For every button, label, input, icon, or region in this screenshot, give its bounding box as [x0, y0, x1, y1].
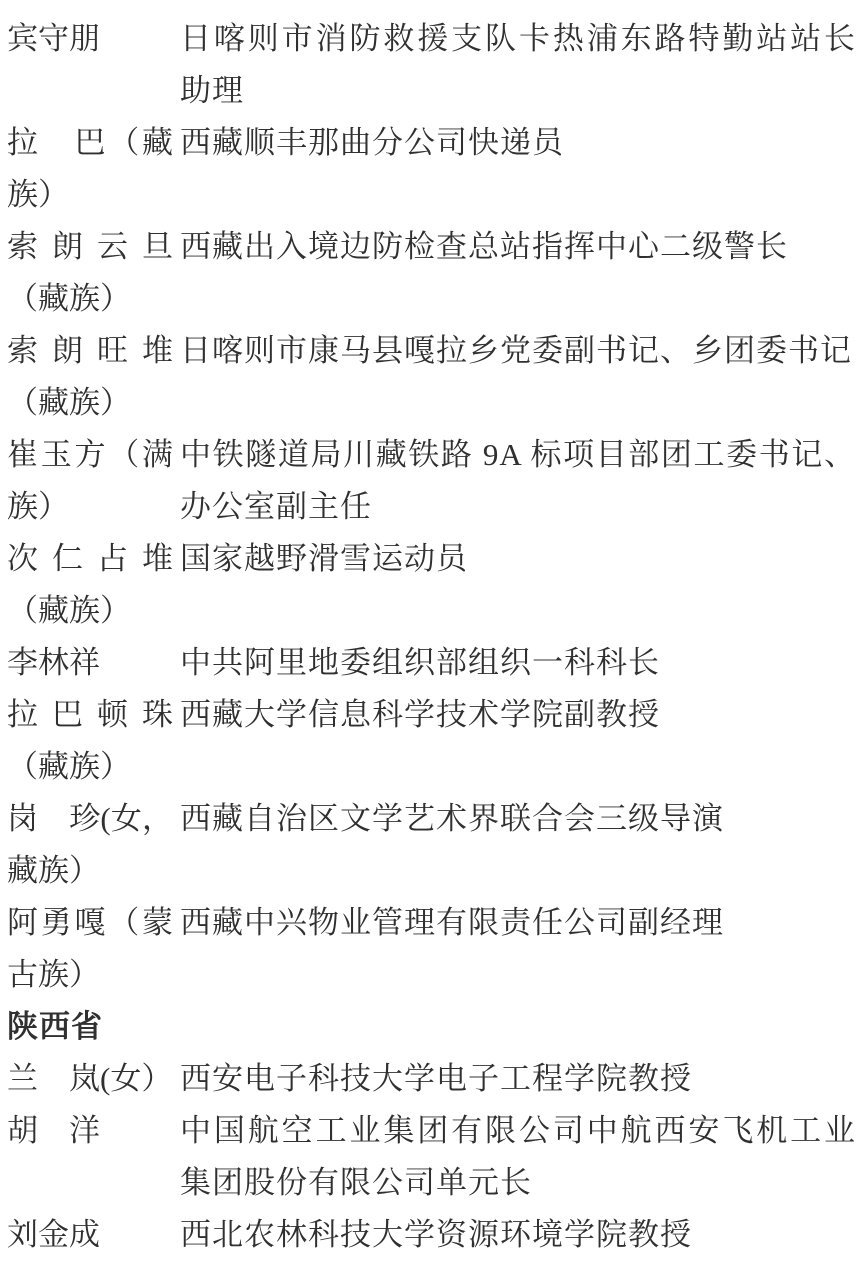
person-name: 索朗旺堆（藏族） — [7, 325, 173, 429]
person-affiliation: 西藏出入境边防检查总站指挥中心二级警长 — [180, 221, 856, 273]
person-name-line: 次仁占堆 — [7, 533, 173, 585]
person-affiliation: 西藏大学信息科学技术学院副教授 — [180, 689, 856, 741]
person-affiliation-line: 西安电子科技大学电子工程学院教授 — [180, 1053, 856, 1105]
person-affiliation-line: 国家越野滑雪运动员 — [180, 533, 856, 585]
person-name-line: 胡 洋 — [7, 1105, 173, 1157]
province-header: 陕西省 — [7, 1001, 856, 1053]
person-name-line: 族） — [7, 481, 173, 533]
list-entry: 索朗云旦（藏族） 西藏出入境边防检查总站指挥中心二级警长 — [7, 221, 856, 325]
person-affiliation-line: 日喀则市消防救援支队卡热浦东路特勤站站长 — [180, 13, 856, 65]
person-affiliation: 西藏自治区文学艺术界联合会三级导演 — [180, 793, 856, 845]
person-affiliation-line: 集团股份有限公司单元长 — [180, 1157, 856, 1209]
list-entry: 索朗旺堆（藏族） 日喀则市康马县嘎拉乡党委副书记、乡团委书记 — [7, 325, 856, 429]
person-name: 阿勇嘎（蒙古族） — [7, 897, 173, 1001]
person-name: 拉 巴（藏族） — [7, 117, 173, 221]
person-affiliation: 日喀则市消防救援支队卡热浦东路特勤站站长助理 — [180, 13, 856, 117]
person-name: 李林祥 — [7, 637, 173, 689]
person-affiliation: 西藏中兴物业管理有限责任公司副经理 — [180, 897, 856, 949]
list-entry: 拉巴顿珠（藏族） 西藏大学信息科学技术学院副教授 — [7, 689, 856, 793]
person-name-line: 兰 岚(女） — [7, 1053, 173, 1105]
person-affiliation: 中铁隧道局川藏铁路 9A 标项目部团工委书记、办公室副主任 — [180, 429, 856, 533]
person-name-line: （藏族） — [7, 377, 173, 429]
person-affiliation-line: 办公室副主任 — [180, 481, 856, 533]
person-name-line: 古族） — [7, 949, 173, 1001]
person-affiliation-line: 西北农林科技大学资源环境学院教授 — [180, 1209, 856, 1261]
list-entry: 宾守朋 日喀则市消防救援支队卡热浦东路特勤站站长助理 — [7, 13, 856, 117]
person-name-line: （藏族） — [7, 741, 173, 793]
person-affiliation: 日喀则市康马县嘎拉乡党委副书记、乡团委书记 — [180, 325, 856, 377]
person-name: 兰 岚(女） — [7, 1053, 173, 1105]
person-affiliation-line: 西藏自治区文学艺术界联合会三级导演 — [180, 793, 856, 845]
person-name: 岗 珍(女，藏族） — [7, 793, 173, 897]
person-affiliation-line: 中共阿里地委组织部组织一科科长 — [180, 637, 856, 689]
person-name-line: 藏族） — [7, 845, 173, 897]
person-name: 次仁占堆（藏族） — [7, 533, 173, 637]
person-affiliation-line: 西藏顺丰那曲分公司快递员 — [180, 117, 856, 169]
person-affiliation: 中国航空工业集团有限公司中航西安飞机工业集团股份有限公司单元长 — [180, 1105, 856, 1209]
person-name-line: 阿勇嘎（蒙 — [7, 897, 173, 949]
person-affiliation: 西藏顺丰那曲分公司快递员 — [180, 117, 856, 169]
person-name: 拉巴顿珠（藏族） — [7, 689, 173, 793]
person-affiliation: 西安电子科技大学电子工程学院教授 — [180, 1053, 856, 1105]
person-name: 索朗云旦（藏族） — [7, 221, 173, 325]
person-name-line: 崔玉方（满 — [7, 429, 173, 481]
person-affiliation: 国家越野滑雪运动员 — [180, 533, 856, 585]
person-name-line: 族） — [7, 169, 173, 221]
person-affiliation-line: 西藏中兴物业管理有限责任公司副经理 — [180, 897, 856, 949]
list-entry: 崔玉方（满族） 中铁隧道局川藏铁路 9A 标项目部团工委书记、办公室副主任 — [7, 429, 856, 533]
list-entry: 次仁占堆（藏族） 国家越野滑雪运动员 — [7, 533, 856, 637]
person-name-line: 拉巴顿珠 — [7, 689, 173, 741]
person-name-line: 拉 巴（藏 — [7, 117, 173, 169]
person-affiliation-line: 中国航空工业集团有限公司中航西安飞机工业 — [180, 1105, 856, 1157]
person-name-line: 宾守朋 — [7, 13, 173, 65]
person-affiliation-line: 西藏大学信息科学技术学院副教授 — [180, 689, 856, 741]
person-affiliation-line: 日喀则市康马县嘎拉乡党委副书记、乡团委书记 — [180, 325, 856, 377]
list-entry: 拉 巴（藏族） 西藏顺丰那曲分公司快递员 — [7, 117, 856, 221]
person-affiliation: 中共阿里地委组织部组织一科科长 — [180, 637, 856, 689]
person-name-line: 索朗云旦 — [7, 221, 173, 273]
list-entry: 刘金成 西北农林科技大学资源环境学院教授 — [7, 1209, 856, 1261]
person-affiliation-line: 西藏出入境边防检查总站指挥中心二级警长 — [180, 221, 856, 273]
person-name-line: 索朗旺堆 — [7, 325, 173, 377]
list-entry: 岗 珍(女，藏族） 西藏自治区文学艺术界联合会三级导演 — [7, 793, 856, 897]
person-affiliation-line: 中铁隧道局川藏铁路 9A 标项目部团工委书记、 — [180, 429, 856, 481]
list-entry: 兰 岚(女） 西安电子科技大学电子工程学院教授 — [7, 1053, 856, 1105]
person-name: 宾守朋 — [7, 13, 173, 65]
awardee-list-page: 宾守朋 日喀则市消防救援支队卡热浦东路特勤站站长助理 拉 巴（藏族） 西藏顺丰那… — [0, 0, 856, 1261]
person-name-line: （藏族） — [7, 273, 173, 325]
person-name-line: 刘金成 — [7, 1209, 173, 1261]
list-entry: 胡 洋 中国航空工业集团有限公司中航西安飞机工业集团股份有限公司单元长 — [7, 1105, 856, 1209]
person-name: 刘金成 — [7, 1209, 173, 1261]
person-affiliation: 西北农林科技大学资源环境学院教授 — [180, 1209, 856, 1261]
list-entry: 李林祥 中共阿里地委组织部组织一科科长 — [7, 637, 856, 689]
person-name: 崔玉方（满族） — [7, 429, 173, 533]
person-name-line: （藏族） — [7, 585, 173, 637]
person-name: 胡 洋 — [7, 1105, 173, 1157]
person-name-line: 李林祥 — [7, 637, 173, 689]
person-name-line: 岗 珍(女， — [7, 793, 173, 845]
list-entry: 阿勇嘎（蒙古族） 西藏中兴物业管理有限责任公司副经理 — [7, 897, 856, 1001]
person-affiliation-line: 助理 — [180, 65, 856, 117]
